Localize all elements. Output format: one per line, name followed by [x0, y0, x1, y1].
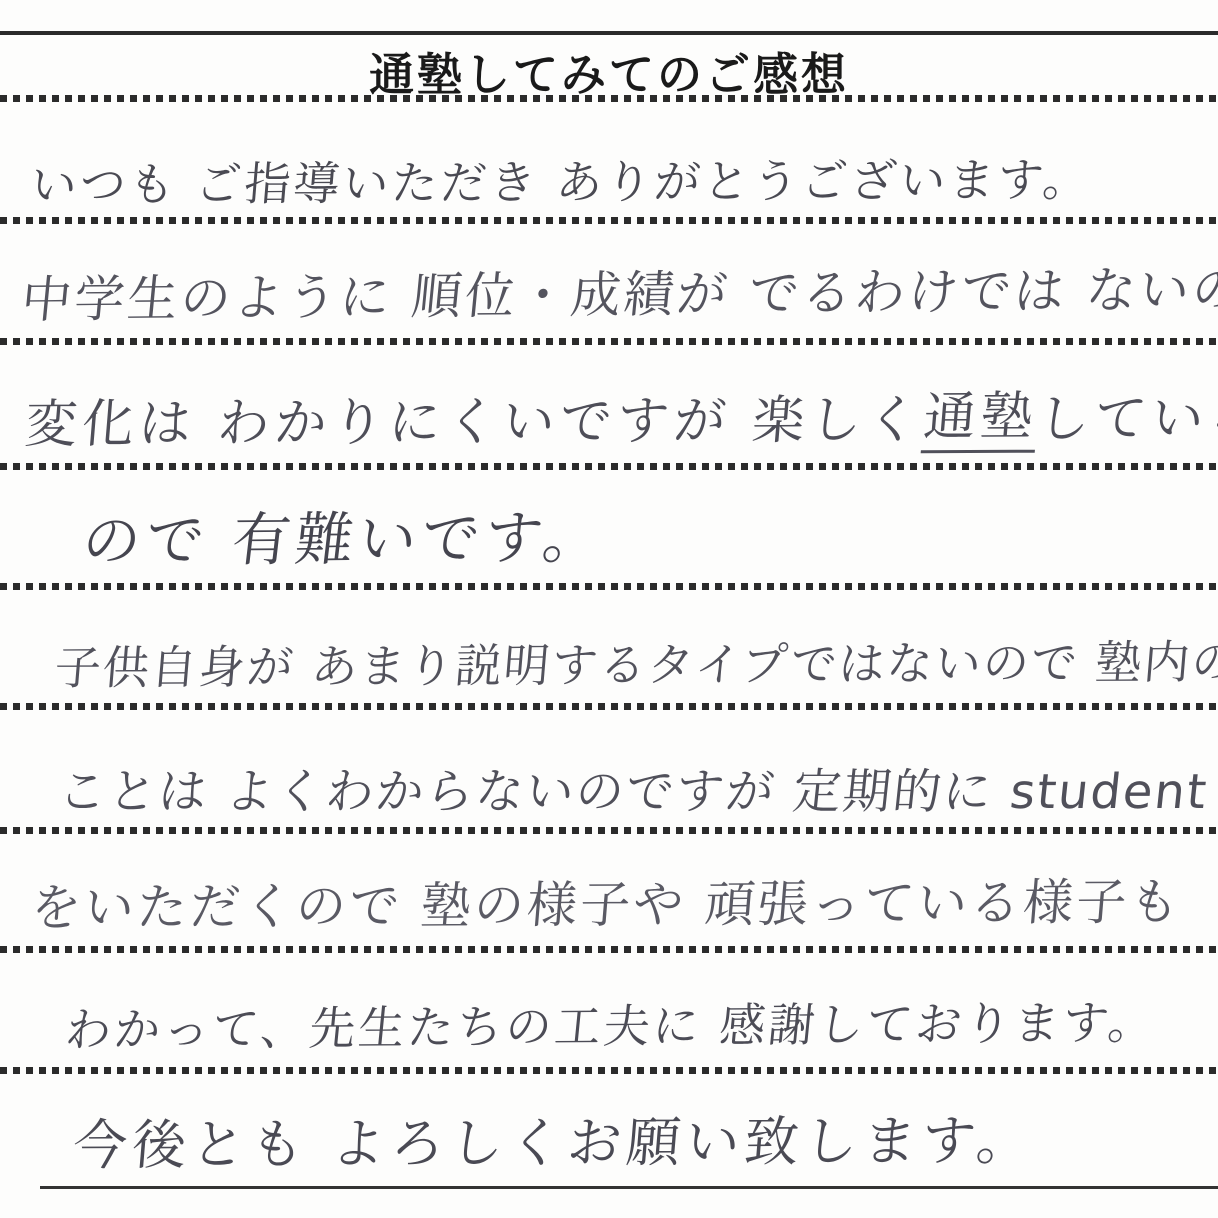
- handwritten-line-8: わかって、先生たちの工夫に 感謝しております。: [62, 970, 1162, 1064]
- ruled-line-5: [0, 703, 1218, 710]
- form-title: 通塾してみてのご感想: [0, 38, 1218, 103]
- handwritten-line-4: ので 有難いです。: [78, 492, 611, 582]
- handwritten-text: をいただくので 塾の様子や 頑張っている様子も: [28, 862, 1186, 944]
- ruled-line-8: [0, 1067, 1218, 1074]
- handwritten-line-9: 今後とも よろしくお願い致します。: [70, 1093, 1039, 1184]
- handwritten-text: 変化は わかりにくいですが 楽しく: [22, 377, 927, 461]
- handwritten-line-7: をいただくので 塾の様子や 頑張っている様子も: [28, 852, 1186, 944]
- bottom-border-line: [40, 1186, 1218, 1189]
- handwritten-line-2: 中学生のように 順位・成績が でるわけでは ないので: [18, 239, 1218, 336]
- ruled-line-2: [0, 338, 1218, 345]
- handwritten-text: している: [1035, 376, 1218, 456]
- handwritten-text: ことは よくわからないのですが 定期的に student Re: [55, 753, 1218, 826]
- handwritten-text: ので 有難いです。: [78, 490, 611, 582]
- handwritten-text: 今後とも よろしくお願い致します。: [70, 1098, 1039, 1184]
- handwritten-text: わかって、先生たちの工夫に 感謝しております。: [62, 986, 1161, 1064]
- ruled-line-header: [0, 95, 1218, 102]
- handwritten-line-5: 子供自身が あまり説明するタイプではないので 塾内の: [52, 610, 1218, 702]
- handwritten-text: いつも ご指導いただき ありがとうございます。: [28, 143, 1095, 219]
- handwritten-text: 子供自身が あまり説明するタイプではないので 塾内の: [52, 626, 1218, 702]
- ruled-line-7: [0, 946, 1218, 953]
- ruled-line-3: [0, 463, 1218, 470]
- handwritten-line-6: ことは よくわからないのですが 定期的に student Re: [55, 740, 1218, 826]
- handwritten-line-1: いつも ご指導いただき ありがとうございます。: [28, 127, 1096, 219]
- ruled-line-6: [0, 827, 1218, 834]
- top-border-line: [0, 31, 1218, 35]
- handwritten-line-3: 変化は わかりにくいですが 楽しく 通塾 している: [22, 369, 1218, 461]
- handwritten-text: 中学生のように 順位・成績が でるわけでは ないので: [18, 249, 1218, 336]
- ruled-line-4: [0, 583, 1218, 590]
- handwritten-text-underlined: 通塾: [921, 374, 1042, 454]
- feedback-form-page: 通塾してみてのご感想 いつも ご指導いただき ありがとうございます。 中学生のよ…: [0, 0, 1218, 1218]
